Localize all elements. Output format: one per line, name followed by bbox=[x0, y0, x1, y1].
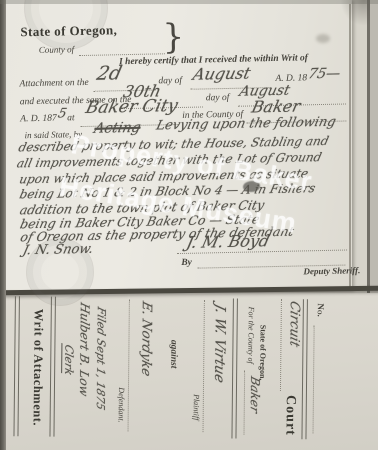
hw-clerk-signature: Hulbert B. Low bbox=[77, 301, 92, 398]
attachment-on-label: Attachment on the bbox=[19, 78, 88, 89]
hw-plaintiff-name: J. W. Virtue bbox=[211, 302, 228, 384]
double-rule bbox=[49, 297, 55, 437]
defendant-label: Defendant. bbox=[117, 387, 126, 422]
hw-defendant-name: J. N. Snow. bbox=[21, 242, 95, 259]
dotted-rule bbox=[313, 325, 316, 433]
hw-court-name: Circuit bbox=[286, 299, 301, 348]
hw-filed-line: Filed Sept 1, 1875 bbox=[94, 305, 108, 411]
hw-clerk-title: Clerk bbox=[61, 343, 75, 377]
dotted-rule bbox=[280, 299, 283, 391]
docket-county-of-label: For the County of bbox=[246, 307, 256, 364]
dotted-rule bbox=[79, 52, 165, 56]
state-heading: State of Oregon, bbox=[20, 22, 117, 40]
docket-rotated-content: No. Circuit Court State of Oregon, For t… bbox=[0, 292, 378, 450]
court-label: Court bbox=[281, 395, 297, 436]
against-label: against bbox=[168, 340, 178, 369]
dotted-rule bbox=[128, 299, 131, 431]
scanned-document: State of Oregon, County of } I hereby ce… bbox=[0, 0, 378, 450]
hw-attachment-month: August bbox=[191, 63, 252, 83]
deputy-sheriff-label: Deputy Sheriff. bbox=[303, 265, 360, 276]
at-label: at bbox=[67, 113, 75, 123]
docket-panel: No. Circuit Court State of Oregon, For t… bbox=[0, 292, 378, 450]
hw-exec-place: Baker City bbox=[84, 96, 180, 118]
dotted-rule bbox=[203, 300, 206, 432]
double-rule bbox=[231, 298, 237, 438]
hw-sheriff-signature: J. M. Boyd bbox=[185, 231, 272, 252]
hw-exec-county: Baker bbox=[250, 96, 302, 116]
dotted-rule bbox=[243, 371, 246, 435]
hw-attachment-day: 2d bbox=[95, 62, 124, 85]
double-rule bbox=[301, 299, 307, 439]
county-of-label: County of bbox=[39, 44, 74, 55]
writ-of-attachment-title: Writ of Attachment. bbox=[29, 292, 46, 447]
ad187-label: A. D. 187 bbox=[20, 114, 57, 125]
hw-docket-defendant: E. Nordyke bbox=[138, 300, 154, 378]
hw-docket-county: Baker bbox=[248, 375, 262, 415]
double-rule bbox=[13, 296, 19, 436]
docket-state-label: State of Oregon, bbox=[258, 325, 268, 381]
plaintiff-label: Plaintiff bbox=[192, 394, 201, 420]
brace-glyph: } bbox=[162, 17, 184, 57]
sheriffs-return-form: State of Oregon, County of } I hereby ce… bbox=[4, 0, 357, 292]
docket-no-label: No. bbox=[316, 303, 326, 317]
hw-struck-word: Acting bbox=[93, 120, 143, 137]
day-of-label-2: day of bbox=[206, 93, 230, 103]
hw-levying-line: Levying upon the following bbox=[155, 115, 338, 134]
hw-attachment-year: 75— bbox=[307, 66, 342, 83]
by-label: By bbox=[181, 258, 192, 268]
